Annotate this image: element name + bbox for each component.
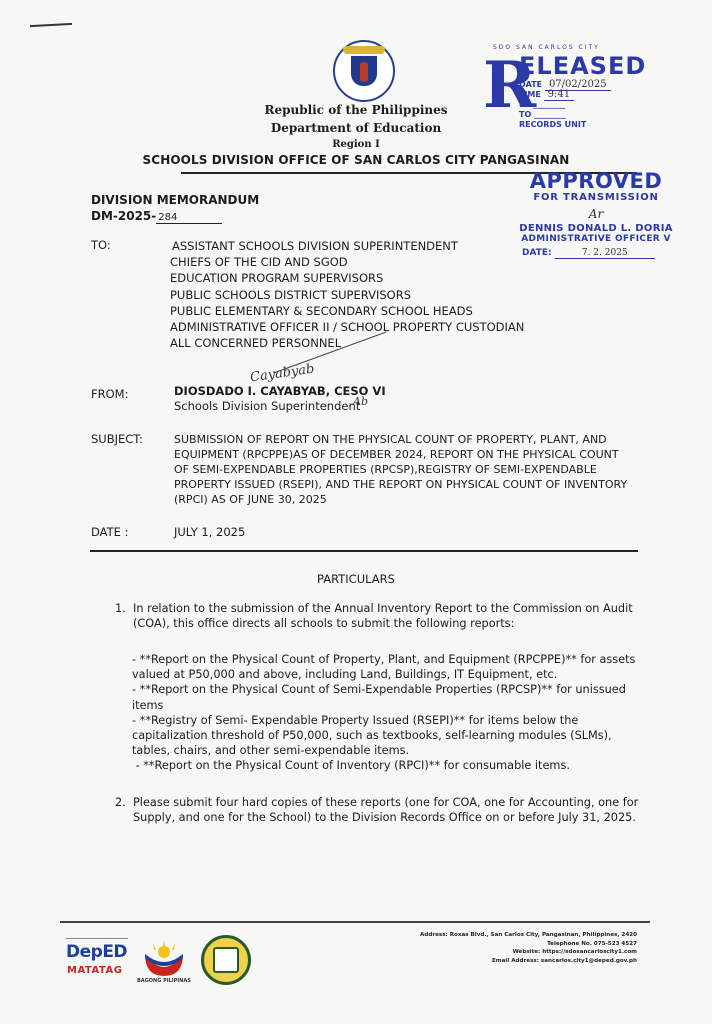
initial-signature: Ab xyxy=(353,395,368,408)
approved-subtitle: FOR TRANSMISSION xyxy=(516,192,676,203)
office-heading: SCHOOLS DIVISION OFFICE OF SAN CARLOS CI… xyxy=(0,153,712,167)
address: Address: Roxas Blvd., San Carlos City, P… xyxy=(380,931,637,940)
date-value: JULY 1, 2025 xyxy=(174,525,245,539)
recipient: PUBLIC ELEMENTARY & SECONDARY SCHOOL HEA… xyxy=(170,303,524,319)
deped-seal-icon xyxy=(333,40,395,102)
deped-ed: ED xyxy=(102,942,127,962)
sdo-san-carlos-seal xyxy=(201,935,251,985)
stamp-by-label: BY xyxy=(519,100,530,109)
approved-position: ADMINISTRATIVE OFFICER V xyxy=(516,234,676,244)
region-heading: Region I xyxy=(0,139,712,150)
recipient: EDUCATION PROGRAM SUPERVISORS xyxy=(170,270,524,286)
contact-block: Address: Roxas Blvd., San Carlos City, P… xyxy=(380,931,637,965)
report-bullet: - **Report on the Physical Count of Prop… xyxy=(132,652,652,682)
item-number: 2. xyxy=(115,795,126,810)
email-link[interactable]: Email Address: sancarlos.city1@deped.gov… xyxy=(380,957,637,966)
to-label: TO: xyxy=(91,238,111,252)
matatag-text: MATATAG xyxy=(67,965,122,976)
logo-rule xyxy=(66,938,128,939)
telephone: Telephone No. 075-523 4527 xyxy=(380,940,637,949)
bagong-pilipinas-logo xyxy=(141,940,187,976)
from-label: FROM: xyxy=(91,387,128,401)
memo-number-prefix: DM-2025- xyxy=(91,209,156,223)
stamp-time-label: TIME xyxy=(519,90,541,99)
date-label: DATE : xyxy=(91,525,128,539)
approved-title: APPROVED xyxy=(516,170,676,192)
recipient: ALL CONCERNED PERSONNEL xyxy=(170,335,524,351)
approved-date-value: 7. 2. 2025 xyxy=(555,248,655,259)
recipient: ADMINISTRATIVE OFFICER II / SCHOOL PROPE… xyxy=(170,319,524,335)
memo-type: DIVISION MEMORANDUM xyxy=(91,193,259,207)
subject-label: SUBJECT: xyxy=(91,432,143,446)
sender-title: Schools Division Superintendent xyxy=(174,399,360,413)
recipient-list: ASSISTANT SCHOOLS DIVISION SUPERINTENDEN… xyxy=(172,238,524,351)
report-bullet: - **Report on the Physical Count of Semi… xyxy=(132,682,652,712)
approved-name: DENNIS DONALD L. DORIA xyxy=(516,223,676,234)
report-bullet: - **Report on the Physical Count of Inve… xyxy=(132,758,652,773)
subject-text: SUBMISSION OF REPORT ON THE PHYSICAL COU… xyxy=(174,432,634,507)
memo-number-handwritten: 284 xyxy=(156,212,222,224)
recipient: CHIEFS OF THE CID AND SGOD xyxy=(170,254,524,270)
website-link[interactable]: Website: https://sdosancarloscity1.com xyxy=(380,948,637,957)
footer-divider xyxy=(60,921,650,923)
deped-matatag-logo: DepED xyxy=(66,942,127,962)
item-text: Please submit four hard copies of these … xyxy=(133,795,643,825)
sds-signature: Cayabyab xyxy=(249,362,315,386)
stamp-records-label: RECORDS UNIT xyxy=(519,120,611,130)
stamp-word: ELEASED xyxy=(519,52,646,80)
deped-dep: Dep xyxy=(66,942,102,962)
section-divider xyxy=(90,550,638,552)
stamp-date-label: DATE xyxy=(519,80,542,89)
stamp-to-label: TO xyxy=(519,110,531,119)
memo-number: DM-2025-284 xyxy=(91,209,222,224)
recipient: PUBLIC SCHOOLS DISTRICT SUPERVISORS xyxy=(170,287,524,303)
approved-signature: Ar xyxy=(516,207,676,221)
released-stamp: SDO SAN CARLOS CITY R ELEASED DATE 07/02… xyxy=(483,50,661,126)
bagong-pilipinas-text: BAGONG PILIPINAS xyxy=(137,978,191,984)
item-text: In relation to the submission of the Ann… xyxy=(133,601,643,631)
report-list: - **Report on the Physical Count of Prop… xyxy=(132,652,652,774)
recipient: ASSISTANT SCHOOLS DIVISION SUPERINTENDEN… xyxy=(172,238,524,254)
approved-date-label: DATE: xyxy=(522,248,552,258)
pen-mark xyxy=(30,23,72,27)
particulars-heading: PARTICULARS xyxy=(0,572,712,586)
stamp-fields: DATE 07/02/2025 TIME 9:41 BY ________ TO… xyxy=(519,80,611,130)
approved-stamp: APPROVED FOR TRANSMISSION Ar DENNIS DONA… xyxy=(516,170,676,259)
item-number: 1. xyxy=(115,601,126,616)
report-bullet: - **Registry of Semi- Expendable Propert… xyxy=(132,713,652,759)
